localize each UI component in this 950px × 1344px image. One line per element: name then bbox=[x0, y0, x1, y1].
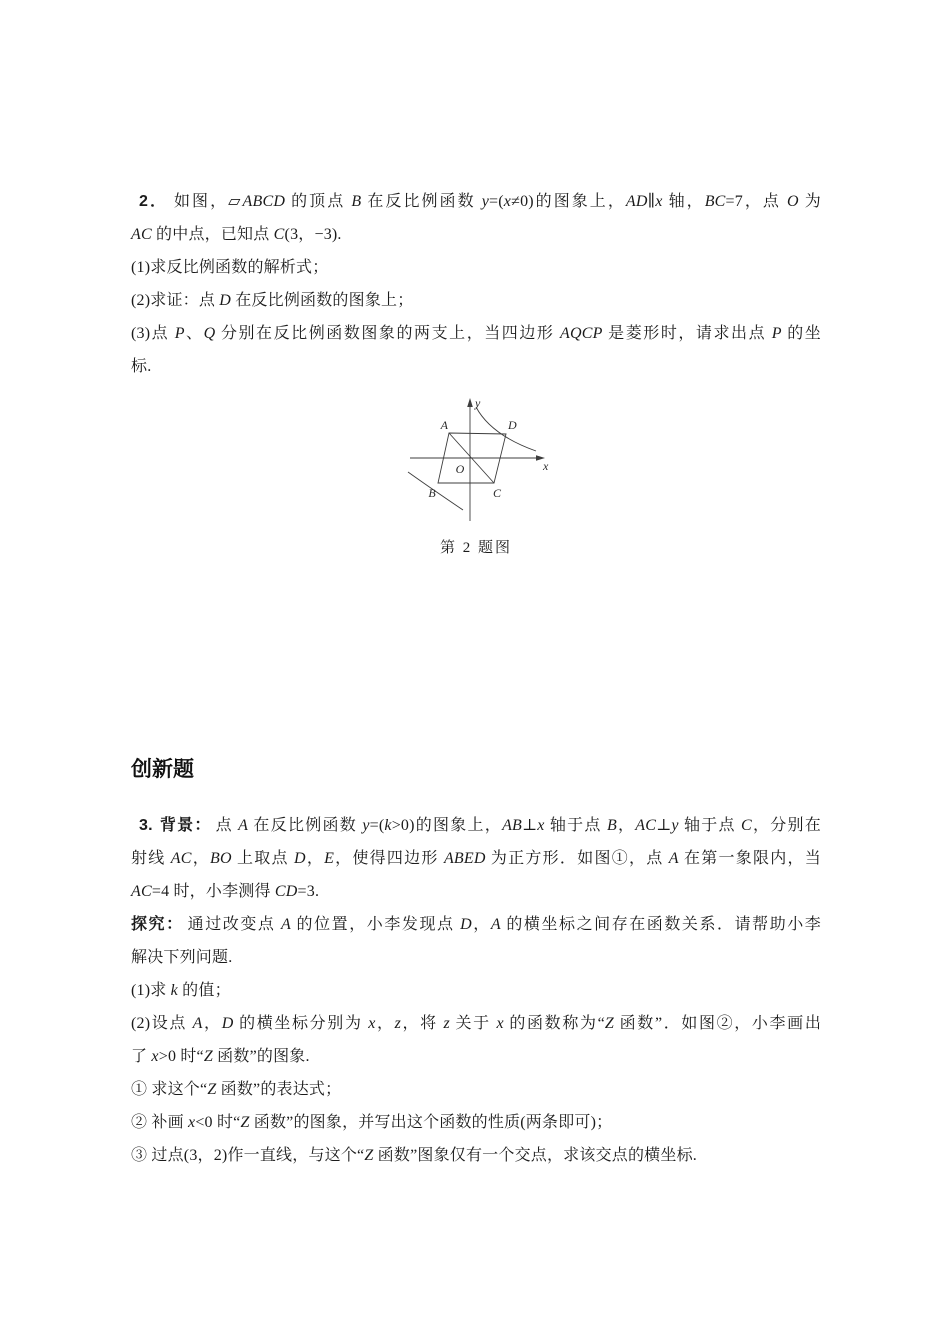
section-heading-innovation: 创新题 bbox=[131, 755, 821, 785]
problem-3-sub-2: ② 补画 x<0 时“Z 函数”的图象，并写出这个函数的性质(两条即可)； bbox=[131, 1106, 821, 1139]
y-axis-arrow-icon bbox=[467, 398, 473, 407]
problem-3-background-line: 3.背景：点 A 在反比例函数 y=(k>0)的图象上，AB⊥x 轴于点 B，A… bbox=[131, 809, 821, 842]
problem-2-line-1: 2．如图，▱ABCD 的顶点 B 在反比例函数 y=(x≠0)的图象上，AD∥x… bbox=[131, 185, 821, 218]
parallelogram-hyperbola-diagram: A D B C O x y bbox=[396, 395, 556, 527]
problem-3-sub-1: ① 求这个“Z 函数”的表达式； bbox=[131, 1073, 821, 1106]
problem-2-part-3-cont: 标. bbox=[131, 350, 821, 383]
label-origin: O bbox=[456, 462, 465, 476]
problem-2-part-3: (3)点 P、Q 分别在反比例函数图象的两支上，当四边形 AQCP 是菱形时，请… bbox=[131, 317, 821, 350]
problem-2-part-1: (1)求反比例函数的解析式； bbox=[131, 251, 821, 284]
label-a: A bbox=[440, 418, 449, 432]
problem-3-part-2: (2)设点 A，D 的横坐标分别为 x，z，将 z 关于 x 的函数称为“Z 函… bbox=[131, 1007, 821, 1040]
figure-caption: 第 2 题图 bbox=[131, 538, 821, 558]
problem-2-part-2: (2)求证：点 D 在反比例函数的图象上； bbox=[131, 284, 821, 317]
problem-3-line-3: AC=4 时，小李测得 CD=3. bbox=[131, 875, 821, 908]
problem-3-sub-3: ③ 过点(3，2)作一直线，与这个“Z 函数”图象仅有一个交点，求该交点的横坐标… bbox=[131, 1139, 821, 1172]
label-c: C bbox=[493, 486, 502, 500]
problem-3-background-text: 点 A 在反比例函数 y=(k>0)的图象上，AB⊥x 轴于点 B，AC⊥y 轴… bbox=[216, 817, 821, 834]
problem-2-text-1: 如图，▱ABCD 的顶点 B 在反比例函数 y=(x≠0)的图象上，AD∥x 轴… bbox=[174, 193, 821, 210]
problem-3-line-5: 解决下列问题. bbox=[131, 941, 821, 974]
label-x-axis: x bbox=[542, 459, 549, 473]
problem-2-number: 2． bbox=[139, 193, 168, 210]
problem-3-explore-text: 通过改变点 A 的位置，小李发现点 D，A 的横坐标之间存在函数关系．请帮助小李 bbox=[188, 916, 821, 933]
problem-3-explore-line: 探究：通过改变点 A 的位置，小李发现点 D，A 的横坐标之间存在函数关系．请帮… bbox=[131, 908, 821, 941]
label-y-axis: y bbox=[474, 396, 481, 410]
problem-2-figure: A D B C O x y 第 2 题图 bbox=[131, 395, 821, 558]
explore-label: 探究： bbox=[131, 916, 184, 933]
hyperbola-branch-quadrant1 bbox=[476, 407, 536, 451]
problem-2-line-2: AC 的中点，已知点 C(3，−3). bbox=[131, 218, 821, 251]
problem-2: 2．如图，▱ABCD 的顶点 B 在反比例函数 y=(x≠0)的图象上，AD∥x… bbox=[131, 185, 821, 383]
problem-3: 3.背景：点 A 在反比例函数 y=(k>0)的图象上，AB⊥x 轴于点 B，A… bbox=[131, 809, 821, 1172]
document-page: 2．如图，▱ABCD 的顶点 B 在反比例函数 y=(x≠0)的图象上，AD∥x… bbox=[131, 185, 821, 1172]
background-label: 背景： bbox=[159, 817, 212, 834]
problem-3-line-2: 射线 AC，BO 上取点 D，E，使得四边形 ABED 为正方形．如图①，点 A… bbox=[131, 842, 821, 875]
label-d: D bbox=[507, 418, 517, 432]
problem-3-part-1: (1)求 k 的值； bbox=[131, 974, 821, 1007]
problem-3-number: 3. bbox=[139, 817, 153, 834]
label-b: B bbox=[428, 486, 436, 500]
problem-3-part-2-cont: 了 x>0 时“Z 函数”的图象. bbox=[131, 1040, 821, 1073]
